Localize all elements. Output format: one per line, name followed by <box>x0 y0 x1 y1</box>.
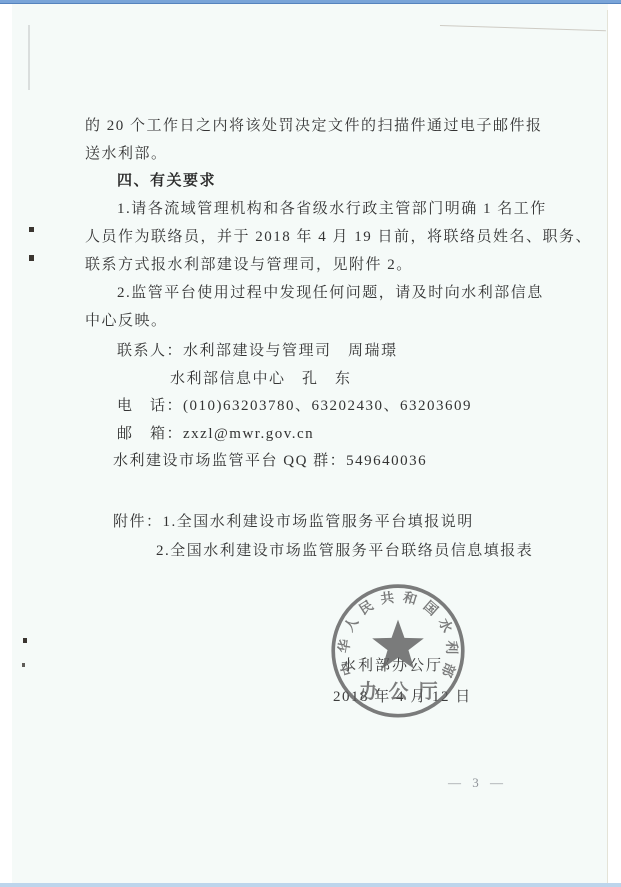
attachment-line: 附件：1.全国水利建设市场监管服务平台填报说明 <box>113 512 474 532</box>
contact-email-line: 邮 箱：zxzl@mwr.gov.cn <box>117 424 314 444</box>
body-line: 中心反映。 <box>85 311 168 331</box>
body-line: 2.监管平台使用过程中发现任何问题，请及时向水利部信息 <box>117 283 544 303</box>
section-heading: 四、有关要求 <box>117 171 216 191</box>
body-line: 人员作为联络员，并于 2018 年 4 月 19 日前，将联络员姓名、职务、 <box>85 227 592 247</box>
qq-group-line: 水利建设市场监管平台 QQ 群：549640036 <box>113 451 427 471</box>
scan-artifact-smudge <box>28 25 30 90</box>
attachment-line: 2.全国水利建设市场监管服务平台联络员信息填报表 <box>156 541 533 561</box>
contact-phone-line: 电 话：(010)63203780、63202430、63203609 <box>117 396 472 416</box>
scan-edge-bottom <box>0 883 621 887</box>
seal-bottom-text: 办公厅 <box>359 680 447 703</box>
official-seal-graphic: 中华人民共和国水利部 办公厅 <box>328 583 468 723</box>
body-line: 联系方式报水利部建设与管理司，见附件 2。 <box>85 255 413 275</box>
scan-artifact-dot <box>29 255 34 261</box>
scan-artifact-dot <box>29 227 34 232</box>
body-line: 1.请各流域管理机构和各省级水行政主管部门明确 1 名工作 <box>117 199 547 219</box>
paper-right-edge <box>607 10 608 883</box>
scan-edge-top <box>0 0 621 4</box>
contact-person-line: 联系人：水利部建设与管理司 周瑞璟 <box>117 341 398 361</box>
body-line: 送水利部。 <box>85 144 168 164</box>
scan-artifact-dot <box>23 638 27 643</box>
scan-artifact-dot <box>22 663 25 667</box>
scanned-document-page: 的 20 个工作日之内将该处罚决定文件的扫描件通过电子邮件报 送水利部。 四、有… <box>0 0 621 887</box>
contact-person-line: 水利部信息中心 孔 东 <box>170 369 352 389</box>
page-number: — 3 — <box>448 775 507 791</box>
star-icon <box>372 620 424 669</box>
body-line: 的 20 个工作日之内将该处罚决定文件的扫描件通过电子邮件报 <box>85 116 543 136</box>
official-seal: 中华人民共和国水利部 办公厅 <box>328 583 468 723</box>
